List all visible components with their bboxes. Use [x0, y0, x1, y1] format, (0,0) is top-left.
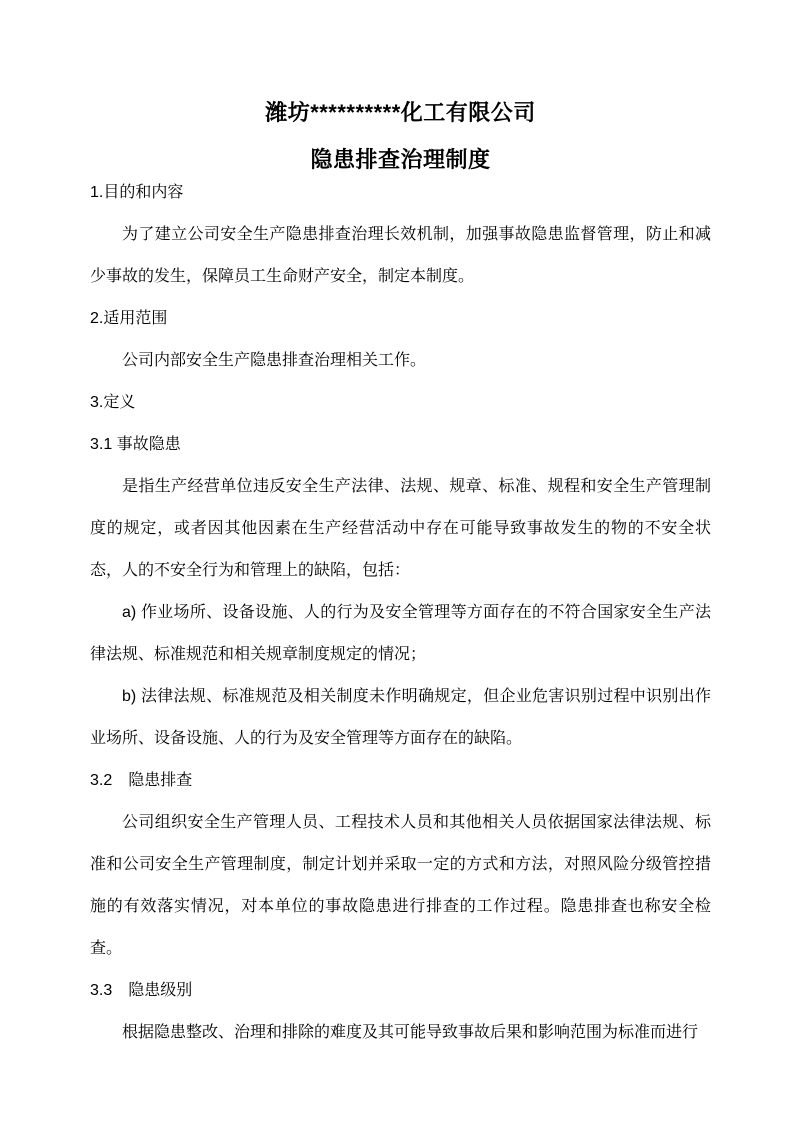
paragraph: b) 法律法规、标准规范及相关制度未作明确规定，但企业危害识别过程中识别出作业场…: [90, 676, 711, 760]
document-page: 潍坊**********化工有限公司 隐患排查治理制度 1.目的和内容为了建立公…: [0, 0, 793, 1122]
section-heading: 3.定义: [90, 382, 711, 424]
paragraph: 为了建立公司安全生产隐患排查治理长效机制，加强事故隐患监督管理，防止和减少事故的…: [90, 214, 711, 298]
document-title: 潍坊**********化工有限公司: [90, 89, 711, 136]
section-heading: 3.3 隐患级别: [90, 970, 711, 1012]
paragraph: 公司组织安全生产管理人员、工程技术人员和其他相关人员依据国家法律法规、标准和公司…: [90, 802, 711, 970]
paragraph: 根据隐患整改、治理和排除的难度及其可能导致事故后果和影响范围为标准而进行: [90, 1012, 711, 1054]
document-body: 1.目的和内容为了建立公司安全生产隐患排查治理长效机制，加强事故隐患监督管理，防…: [90, 172, 711, 1054]
paragraph: a) 作业场所、设备设施、人的行为及安全管理等方面存在的不符合国家安全生产法律法…: [90, 592, 711, 676]
section-heading: 2.适用范围: [90, 298, 711, 340]
section-heading: 3.2 隐患排查: [90, 760, 711, 802]
section-heading: 3.1 事故隐患: [90, 424, 711, 466]
paragraph: 公司内部安全生产隐患排查治理相关工作。: [90, 340, 711, 382]
paragraph: 是指生产经营单位违反安全生产法律、法规、规章、标准、规程和安全生产管理制度的规定…: [90, 466, 711, 592]
